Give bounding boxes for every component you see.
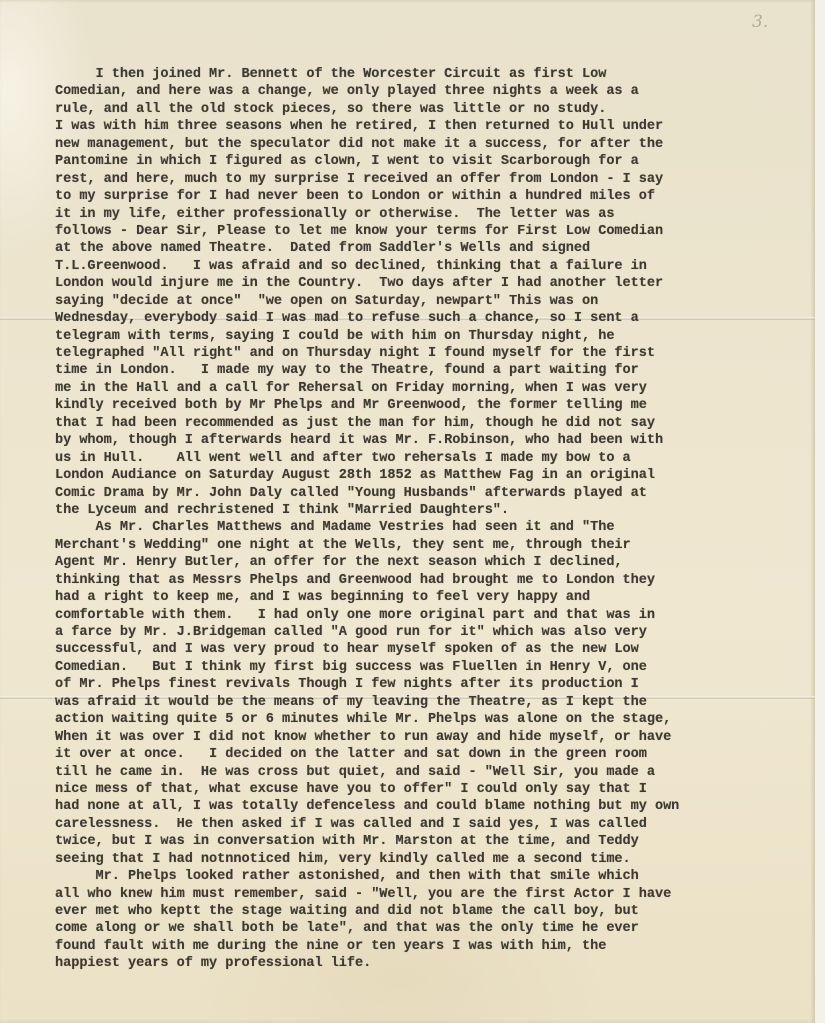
typewritten-body: I then joined Mr. Bennett of the Worcest… [55, 66, 815, 973]
text-line: had a right to keep me, and I was beginn… [55, 589, 815, 606]
text-line: rule, and all the old stock pieces, so t… [55, 101, 815, 118]
text-line: Agent Mr. Henry Butler, an offer for the… [55, 554, 815, 571]
text-line: Wednesday, everybody said I was mad to r… [55, 310, 815, 327]
text-line: thinking that as Messrs Phelps and Green… [55, 572, 815, 589]
text-line: successful, and I was very proud to hear… [55, 641, 815, 658]
text-line: the Lyceum and rechristened I think "Mar… [55, 502, 815, 519]
text-line: till he came in. He was cross but quiet,… [55, 764, 815, 781]
text-line: rest, and here, much to my surprise I re… [55, 171, 815, 188]
text-line: T.L.Greenwood. I was afraid and so decli… [55, 258, 815, 275]
text-line: telegraphed "All right" and on Thursday … [55, 345, 815, 362]
text-line: comfortable with them. I had only one mo… [55, 607, 815, 624]
text-line: it over at once. I decided on the latter… [55, 746, 815, 763]
text-line: it in my life, either professionally or … [55, 206, 815, 223]
text-line: seeing that I had notnnoticed him, very … [55, 851, 815, 868]
text-line: time in London. I made my way to the The… [55, 362, 815, 379]
text-line: to my surprise for I had never been to L… [55, 188, 815, 205]
text-line: that I had been recommended as just the … [55, 415, 815, 432]
text-line: us in Hull. All went well and after two … [55, 450, 815, 467]
text-line: Merchant's Wedding" one night at the Wel… [55, 537, 815, 554]
text-line: me in the Hall and a call for Rehersal o… [55, 380, 815, 397]
text-line: Comedian. But I think my first big succe… [55, 659, 815, 676]
text-line: As Mr. Charles Matthews and Madame Vestr… [55, 519, 815, 536]
text-line: telegram with terms, saying I could be w… [55, 328, 815, 345]
text-line: kindly received both by Mr Phelps and Mr… [55, 397, 815, 414]
text-line: found fault with me during the nine or t… [55, 938, 815, 955]
text-line: Comic Drama by Mr. John Daly called "You… [55, 485, 815, 502]
text-line: new management, but the speculator did n… [55, 136, 815, 153]
text-line: nice mess of that, what excuse have you … [55, 781, 815, 798]
text-line: all who knew him must remember, said - "… [55, 886, 815, 903]
text-line: Mr. Phelps looked rather astonished, and… [55, 868, 815, 885]
text-line: was afraid it would be the means of my l… [55, 694, 815, 711]
text-line: of Mr. Phelps finest revivals Though I f… [55, 676, 815, 693]
text-line: follows - Dear Sir, Please to let me kno… [55, 223, 815, 240]
text-line: I was with him three seasons when he ret… [55, 118, 815, 135]
text-line: carelessness. He then asked if I was cal… [55, 816, 815, 833]
text-line: London would injure me in the Country. T… [55, 275, 815, 292]
text-line: Pantomine in which I figured as clown, I… [55, 153, 815, 170]
text-line: at the above named Theatre. Dated from S… [55, 240, 815, 257]
text-line: I then joined Mr. Bennett of the Worcest… [55, 66, 815, 83]
text-line: action waiting quite 5 or 6 minutes whil… [55, 711, 815, 728]
text-line: saying "decide at once" "we open on Satu… [55, 293, 815, 310]
text-line: London Audiance on Saturday August 28th … [55, 467, 815, 484]
text-line: had none at all, I was totally defencele… [55, 798, 815, 815]
paper-page: 3. I then joined Mr. Bennett of the Worc… [0, 0, 815, 1023]
page-number: 3. [752, 12, 768, 32]
text-line: twice, but I was in conversation with Mr… [55, 833, 815, 850]
text-line: ever met who keptt the stage waiting and… [55, 903, 815, 920]
text-line: by whom, though I afterwards heard it wa… [55, 432, 815, 449]
text-line: a farce by Mr. J.Bridgeman called "A goo… [55, 624, 815, 641]
text-line: Comedian, and here was a change, we only… [55, 83, 815, 100]
text-line: come along or we shall both be late", an… [55, 920, 815, 937]
text-line: happiest years of my professional life. [55, 955, 815, 972]
text-line: When it was over I did not know whether … [55, 729, 815, 746]
